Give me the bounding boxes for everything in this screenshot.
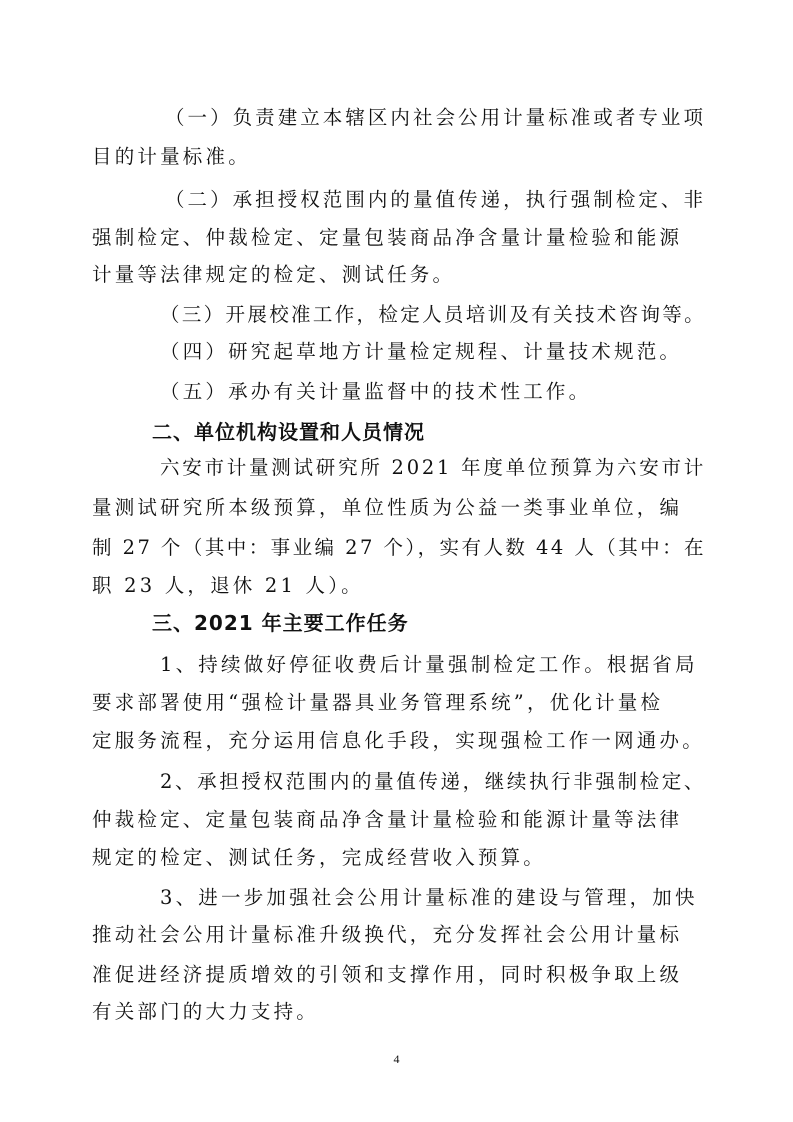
text: 3、进一步加强社会公用计量标准的建设与管理，加快	[160, 883, 698, 913]
text: 计量等法律规定的检定、测试任务。	[92, 260, 455, 290]
text: 规定的检定、测试任务，完成经营收入预算。	[92, 843, 546, 873]
text: 三、2021 年主要工作任务	[152, 608, 409, 638]
text: 量测试研究所本级预算，单位性质为公益一类事业单位，编	[92, 493, 682, 523]
section-heading-3: 三、2021 年主要工作任务	[0, 608, 793, 638]
task-1-line-1: 1、持续做好停征收费后计量强制检定工作。根据省局	[0, 650, 793, 680]
staffing-para-line-3: 制 27 个（其中：事业编 27 个），实有人数 44 人（其中：在	[0, 533, 793, 563]
task-2-line-3: 规定的检定、测试任务，完成经营收入预算。	[0, 843, 793, 873]
text: 强制检定、仲裁检定、定量包装商品净含量计量检验和能源	[92, 223, 682, 253]
task-1-line-2: 要求部署使用“强检计量器具业务管理系统”，优化计量检	[0, 688, 793, 718]
text: （一）负责建立本辖区内社会公用计量标准或者专业项	[165, 103, 706, 133]
text: 准促进经济提质增效的引领和支撑作用，同时积极争取上级	[92, 960, 682, 990]
text: 定服务流程，充分运用信息化手段，实现强检工作一网通办。	[92, 726, 705, 756]
duty-item-1-line-2: 目的计量标准。	[0, 142, 793, 172]
text: 制 27 个（其中：事业编 27 个），实有人数 44 人（其中：在	[92, 533, 706, 563]
text: （五）承办有关计量监督中的技术性工作。	[160, 377, 591, 407]
text: 二、单位机构设置和人员情况	[152, 417, 425, 447]
duty-item-2-line-3: 计量等法律规定的检定、测试任务。	[0, 260, 793, 290]
text: 目的计量标准。	[92, 142, 251, 172]
duty-item-2-line-1: （二）承担授权范围内的量值传递，执行强制检定、非	[0, 185, 793, 215]
duty-item-3: （三）开展校准工作，检定人员培训及有关技术咨询等。	[0, 300, 793, 330]
text: 要求部署使用“强检计量器具业务管理系统”，优化计量检	[92, 688, 663, 718]
text: 1、持续做好停征收费后计量强制检定工作。根据省局	[160, 650, 698, 680]
text: （四）研究起草地方计量检定规程、计量技术规范。	[160, 337, 682, 367]
text: 六安市计量测试研究所 2021 年度单位预算为六安市计	[160, 453, 706, 483]
task-3-line-1: 3、进一步加强社会公用计量标准的建设与管理，加快	[0, 883, 793, 913]
text: 推动社会公用计量标准升级换代，充分发挥社会公用计量标	[92, 920, 682, 950]
text: （三）开展校准工作，检定人员培训及有关技术咨询等。	[160, 300, 706, 330]
page-number: 4	[0, 1052, 793, 1067]
text: 职 23 人，退休 21 人）。	[92, 571, 364, 601]
duty-item-2-line-2: 强制检定、仲裁检定、定量包装商品净含量计量检验和能源	[0, 223, 793, 253]
text: 有关部门的大力支持。	[92, 997, 319, 1027]
staffing-para-line-2: 量测试研究所本级预算，单位性质为公益一类事业单位，编	[0, 493, 793, 523]
task-3-line-2: 推动社会公用计量标准升级换代，充分发挥社会公用计量标	[0, 920, 793, 950]
task-3-line-4: 有关部门的大力支持。	[0, 997, 793, 1027]
text: （二）承担授权范围内的量值传递，执行强制检定、非	[165, 185, 706, 215]
task-2-line-1: 2、承担授权范围内的量值传递，继续执行非强制检定、	[0, 767, 793, 797]
staffing-para-line-4: 职 23 人，退休 21 人）。	[0, 571, 793, 601]
staffing-para-line-1: 六安市计量测试研究所 2021 年度单位预算为六安市计	[0, 453, 793, 483]
duty-item-4: （四）研究起草地方计量检定规程、计量技术规范。	[0, 337, 793, 367]
duty-item-1-line-1: （一）负责建立本辖区内社会公用计量标准或者专业项	[0, 103, 793, 133]
task-2-line-2: 仲裁检定、定量包装商品净含量计量检验和能源计量等法律	[0, 805, 793, 835]
duty-item-5: （五）承办有关计量监督中的技术性工作。	[0, 377, 793, 407]
text: 仲裁检定、定量包装商品净含量计量检验和能源计量等法律	[92, 805, 682, 835]
section-heading-2: 二、单位机构设置和人员情况	[0, 417, 793, 447]
task-3-line-3: 准促进经济提质增效的引领和支撑作用，同时积极争取上级	[0, 960, 793, 990]
task-1-line-3: 定服务流程，充分运用信息化手段，实现强检工作一网通办。	[0, 726, 793, 756]
text: 2、承担授权范围内的量值传递，继续执行非强制检定、	[160, 767, 706, 797]
